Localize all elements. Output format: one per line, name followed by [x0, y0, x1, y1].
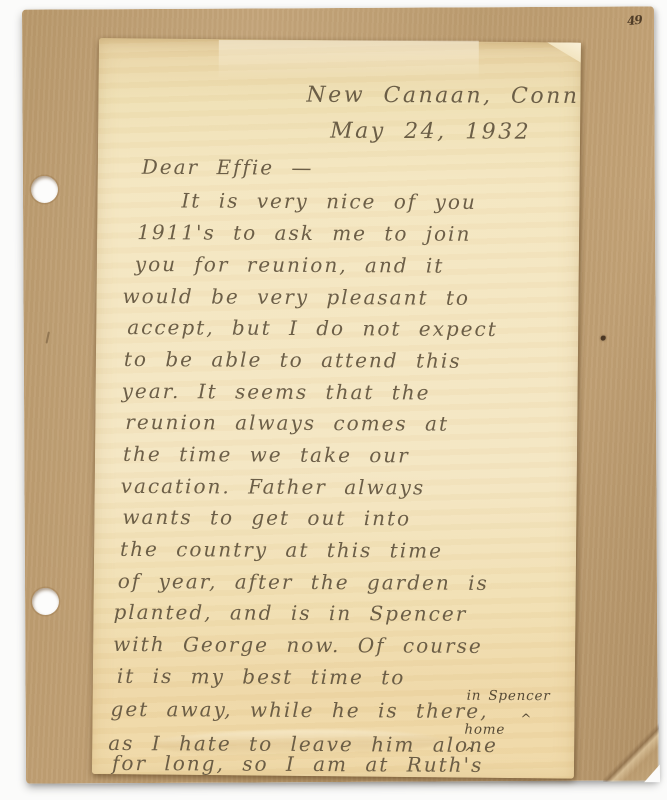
letter-line: year. It seems that the	[122, 379, 431, 405]
letter-line: to be able to attend this	[124, 347, 462, 373]
letter-paper: New Canaan, ConnMay 24, 1932Dear Effie —…	[92, 38, 581, 779]
ink-speck	[601, 336, 606, 341]
caret-mark: ^	[520, 712, 533, 727]
letter-line: 1911's to ask me to join	[137, 220, 471, 246]
letter-line: reunion always comes at	[125, 410, 449, 436]
pencil-tick-mark	[45, 331, 49, 343]
letter-line: it is my best time to	[117, 664, 406, 690]
letter-line: vacation. Father always	[121, 474, 426, 500]
letter-line: It is very nice of you	[181, 188, 476, 214]
letter-line: get away, while he is there,	[110, 697, 488, 723]
letter-line: planted, and is in Spencer	[113, 600, 467, 626]
page-number-mark: 49	[627, 13, 643, 29]
letter-line: Dear Effie —	[142, 155, 314, 180]
letter-line: with George now. Of course	[113, 632, 483, 658]
letter-line: accept, but I do not expect	[127, 315, 498, 341]
letter-text: New Canaan, ConnMay 24, 1932Dear Effie —…	[92, 38, 581, 779]
punch-hole-top	[31, 176, 58, 203]
heading-line: May 24, 1932	[330, 119, 531, 145]
letter-line: wants to get out into	[122, 505, 411, 531]
letter-line: of year, after the garden is	[118, 569, 489, 595]
scanned-letter-page: 49 New Canaan, ConnMay 24, 1932Dear Effi…	[0, 0, 667, 800]
letter-line: for long, so I am at Ruth's	[112, 751, 483, 777]
letter-line: you for reunion, and it	[135, 252, 445, 278]
heading-line: New Canaan, Conn	[306, 83, 579, 109]
letter-line: would be very pleasant to	[122, 284, 470, 310]
punch-hole-bottom	[32, 588, 59, 615]
letter-line: the time we take our	[123, 442, 410, 468]
cardboard-corner-fold	[603, 719, 659, 781]
letter-line: the country at this time	[120, 537, 443, 563]
